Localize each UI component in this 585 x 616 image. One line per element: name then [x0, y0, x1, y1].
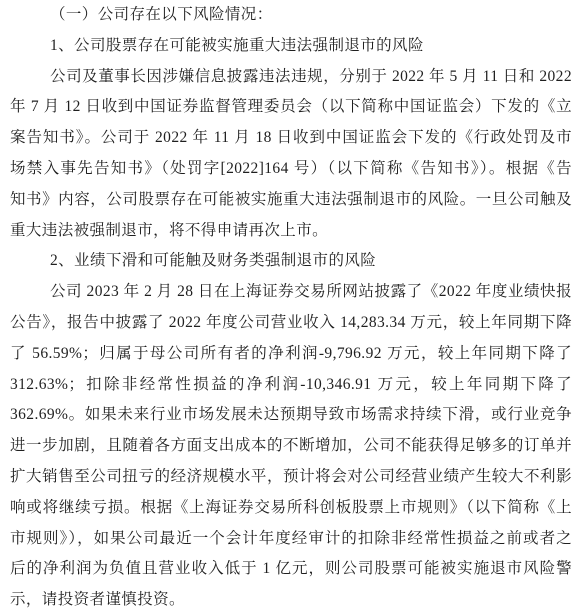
- risk-1-body-paragraph: 公司及董事长因涉嫌信息披露违法违规，分别于 2022 年 5 月 11 日和 2…: [10, 62, 572, 247]
- section-heading-paragraph: （一）公司存在以下风险情况：: [10, 0, 572, 31]
- risk-2-body-paragraph: 公司 2023 年 2 月 28 日在上海证券交易所网站披露了《2022 年度业…: [10, 277, 572, 616]
- text-line: 示，请投资者谨慎投资。: [10, 585, 572, 616]
- text-line: 公告》，报告中披露了 2022 年度公司营业收入 14,283.34 万元，较上…: [10, 308, 572, 339]
- text-line: 市规则》），如果公司最近一个会计年度经审计的扣除非经常性损益之前或者之: [10, 524, 572, 555]
- text-line: 后的净利润为负值且营业收入低于 1 亿元，则公司股票可能被实施退市风险警: [10, 554, 572, 585]
- text-line: 312.63%；扣除非经常性损益的净利润-10,346.91 万元，较上年同期下…: [10, 370, 572, 401]
- risk-2-heading: 2、业绩下滑和可能触及财务类强制退市的风险: [10, 246, 572, 277]
- text-line: 场禁入事先告知书》（处罚字[2022]164 号）（以下简称《告知书》）。根据《…: [10, 154, 572, 185]
- text-line: 响或将继续亏损。根据《上海证券交易所科创板股票上市规则》（以下简称《上: [10, 493, 572, 524]
- text-line: 重大违法被强制退市，将不得申请再次上市。: [10, 216, 572, 247]
- text-line: 扩大销售至公司扭亏的经济规模水平，预计将会对公司经营业绩产生较大不利影: [10, 462, 572, 493]
- text-line: 了 56.59%；归属于母公司所有者的净利润-9,796.92 万元，较上年同期…: [10, 339, 572, 370]
- text-line: 362.69%。如果未来行业市场发展未达预期导致市场需求持续下滑，或行业竞争: [10, 400, 572, 431]
- risk-2-heading-paragraph: 2、业绩下滑和可能触及财务类强制退市的风险: [10, 246, 572, 277]
- section-heading: （一）公司存在以下风险情况：: [10, 0, 572, 31]
- risk-1-heading: 1、公司股票存在可能被实施重大违法强制退市的风险: [10, 31, 572, 62]
- text-line: 知书》内容，公司股票存在可能被实施重大违法强制退市的风险。一旦公司触及: [10, 185, 572, 216]
- text-line: 年 7 月 12 日收到中国证券监督管理委员会（以下简称中国证监会）下发的《立: [10, 92, 572, 123]
- text-line: 案告知书》。公司于 2022 年 11 月 18 日收到中国证监会下发的《行政处…: [10, 123, 572, 154]
- risk-1-heading-paragraph: 1、公司股票存在可能被实施重大违法强制退市的风险: [10, 31, 572, 62]
- text-line: 公司 2023 年 2 月 28 日在上海证券交易所网站披露了《2022 年度业…: [10, 277, 572, 308]
- text-line: 公司及董事长因涉嫌信息披露违法违规，分别于 2022 年 5 月 11 日和 2…: [10, 62, 572, 93]
- document-page: （一）公司存在以下风险情况： 1、公司股票存在可能被实施重大违法强制退市的风险 …: [0, 0, 585, 616]
- text-line: 进一步加剧，且随着各方面支出成本的不断增加，公司不能获得足够多的订单并: [10, 431, 572, 462]
